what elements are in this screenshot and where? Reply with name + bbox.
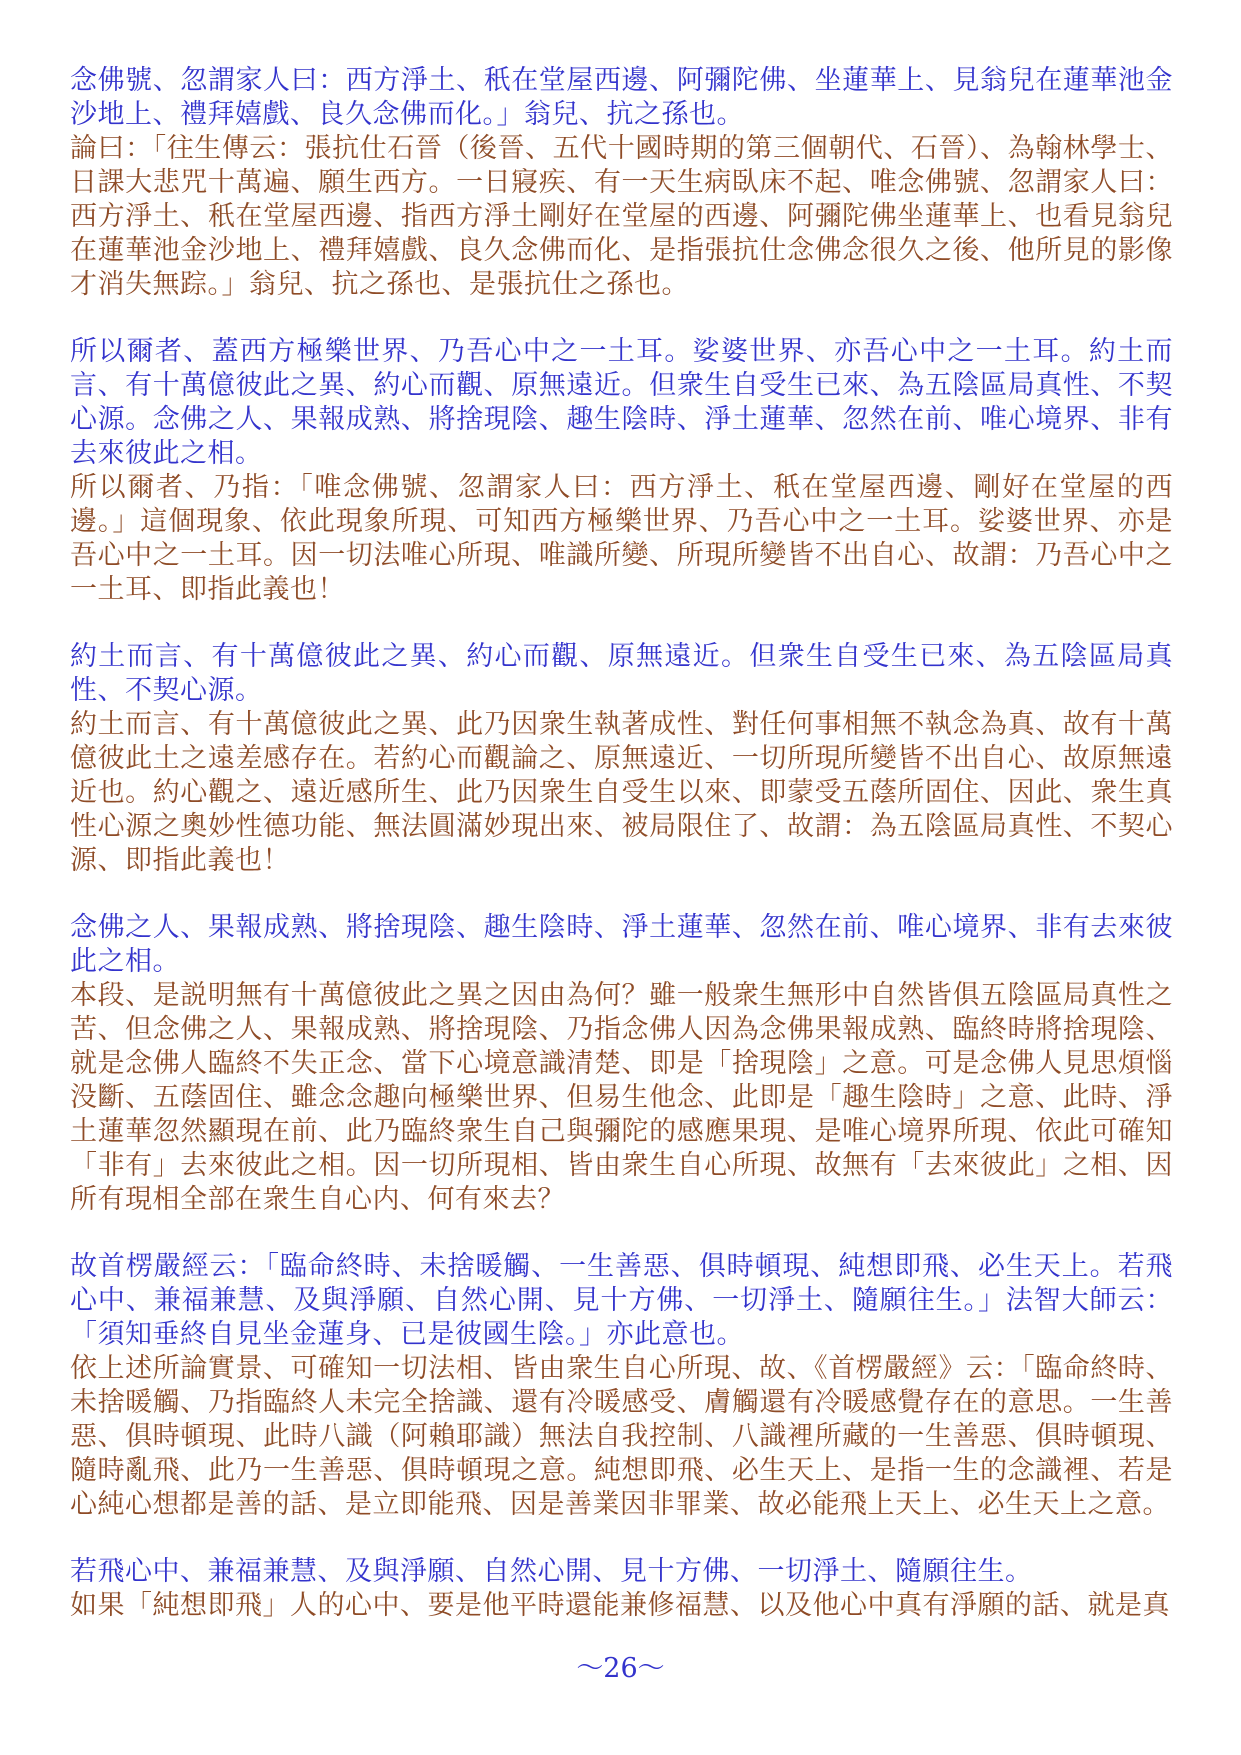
commentary-paragraph: 所以爾者、乃指：「唯念佛號、忽謂家人曰：西方淨土、秖在堂屋西邊、剛好在堂屋的西邊… (70, 471, 1173, 607)
text-section: 若飛心中、兼福兼慧、及與淨願、自然心開、見十方佛、一切淨土、隨願往生。如果「純想… (70, 1555, 1173, 1623)
text-section: 所以爾者、蓋西方極樂世界、乃吾心中之一土耳。娑婆世界、亦吾心中之一土耳。約土而言… (70, 335, 1173, 607)
commentary-paragraph: 如果「純想即飛」人的心中、要是他平時還能兼修福慧、以及他心中真有淨願的話、就是真 (70, 1589, 1173, 1623)
page-number: ～26～ (0, 1646, 1241, 1685)
text-section: 念佛號、忽謂家人曰：西方淨土、秖在堂屋西邊、阿彌陀佛、坐蓮華上、見翁兒在蓮華池金… (70, 64, 1173, 302)
scripture-paragraph: 若飛心中、兼福兼慧、及與淨願、自然心開、見十方佛、一切淨土、隨願往生。 (70, 1555, 1173, 1589)
text-section: 念佛之人、果報成熟、將捨現陰、趣生陰時、淨土蓮華、忽然在前、唯心境界、非有去來彼… (70, 911, 1173, 1217)
scripture-paragraph: 念佛號、忽謂家人曰：西方淨土、秖在堂屋西邊、阿彌陀佛、坐蓮華上、見翁兒在蓮華池金… (70, 64, 1173, 132)
text-section: 約土而言、有十萬億彼此之異、約心而觀、原無遠近。但衆生自受生已來、為五陰區局真性… (70, 640, 1173, 878)
text-section: 故首楞嚴經云：「臨命終時、未捨暖觸、一生善惡、俱時頓現、純想即飛、必生天上。若飛… (70, 1250, 1173, 1522)
scripture-paragraph: 所以爾者、蓋西方極樂世界、乃吾心中之一土耳。娑婆世界、亦吾心中之一土耳。約土而言… (70, 335, 1173, 471)
document-page: 念佛號、忽謂家人曰：西方淨土、秖在堂屋西邊、阿彌陀佛、坐蓮華上、見翁兒在蓮華池金… (0, 0, 1241, 1755)
scripture-paragraph: 約土而言、有十萬億彼此之異、約心而觀、原無遠近。但衆生自受生已來、為五陰區局真性… (70, 640, 1173, 708)
document-content: 念佛號、忽謂家人曰：西方淨土、秖在堂屋西邊、阿彌陀佛、坐蓮華上、見翁兒在蓮華池金… (70, 64, 1173, 1623)
commentary-paragraph: 約土而言、有十萬億彼此之異、此乃因衆生執著成性、對任何事相無不執念為真、故有十萬… (70, 708, 1173, 878)
commentary-paragraph: 論曰：「往生傳云：張抗仕石晉（後晉、五代十國時期的第三個朝代、石晉）、為翰林學士… (70, 132, 1173, 302)
commentary-paragraph: 本段、是説明無有十萬億彼此之異之因由為何？雖一般衆生無形中自然皆俱五陰區局真性之… (70, 979, 1173, 1217)
commentary-paragraph: 依上述所論實景、可確知一切法相、皆由衆生自心所現、故、《首楞嚴經》云：「臨命終時… (70, 1352, 1173, 1522)
scripture-paragraph: 故首楞嚴經云：「臨命終時、未捨暖觸、一生善惡、俱時頓現、純想即飛、必生天上。若飛… (70, 1250, 1173, 1352)
scripture-paragraph: 念佛之人、果報成熟、將捨現陰、趣生陰時、淨土蓮華、忽然在前、唯心境界、非有去來彼… (70, 911, 1173, 979)
